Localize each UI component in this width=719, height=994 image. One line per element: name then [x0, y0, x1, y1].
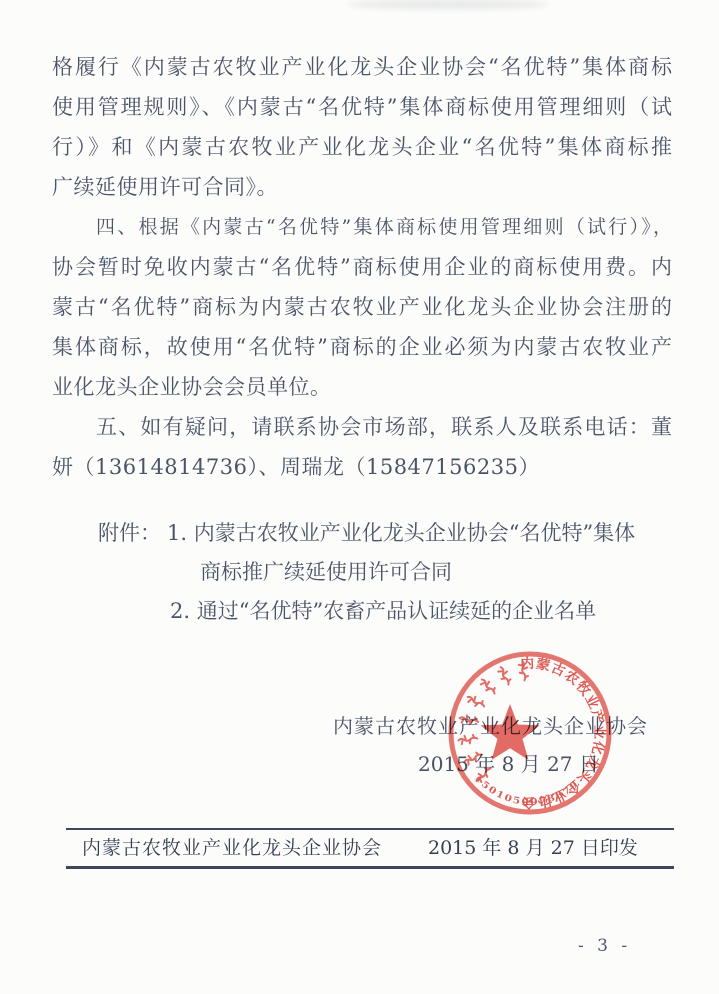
body-line: 行）》和《内蒙古农牧业产业化龙头企业“名优特”集体商标推 — [52, 127, 672, 167]
attachment-text: 1. 内蒙古农牧业产业化龙头企业协会“名优特”集体 — [167, 521, 635, 545]
attachments-label: 附件： — [98, 521, 161, 545]
seal-star-icon — [481, 704, 540, 760]
body-line: 协会暂时免收内蒙古“名优特”商标使用企业的商标使用费。内 — [52, 247, 672, 287]
seal-organization-text: 内蒙古农牧业产业化龙头企业协会 — [520, 655, 608, 811]
body-text: 格履行《内蒙古农牧业产业化龙头企业协会“名优特”集体商标 使用管理规则》、《内蒙… — [52, 47, 672, 487]
document-page: 格履行《内蒙古农牧业产业化龙头企业协会“名优特”集体商标 使用管理规则》、《内蒙… — [0, 0, 719, 994]
footer-rule-top — [66, 828, 674, 830]
body-line: 格履行《内蒙古农牧业产业化龙头企业协会“名优特”集体商标 — [52, 47, 672, 87]
attachment-item: 2. 通过“名优特”农畜产品认证续延的企业名单 — [98, 592, 658, 631]
attachment-item: 附件：1. 内蒙古农牧业产业化龙头企业协会“名优特”集体 — [98, 514, 658, 553]
footer-rule-bottom — [66, 866, 674, 869]
body-line: 四、根据《内蒙古“名优特”集体商标使用管理细则（试行）》， — [52, 207, 672, 247]
body-line: 业化龙头企业协会会员单位。 — [52, 367, 672, 407]
body-line: 妍（13614814736）、周瑞龙（15847156235） — [52, 447, 672, 487]
body-line: 使用管理规则》、《内蒙古“名优特”集体商标使用管理细则（试 — [52, 87, 672, 127]
seal-ring — [451, 654, 609, 812]
seal-mongolian-script-icon — [458, 661, 528, 784]
footer-print-date: 2015 年 8 月 27 日印发 — [428, 836, 638, 860]
body-line: 广续延使用许可合同》。 — [52, 167, 672, 207]
body-line: 蒙古“名优特”商标为内蒙古农牧业产业化龙头企业协会注册的 — [52, 287, 672, 327]
attachment-item-continuation: 商标推广续延使用许可合同 — [98, 553, 658, 592]
attachments-section: 附件：1. 内蒙古农牧业产业化龙头企业协会“名优特”集体 商标推广续延使用许可合… — [98, 514, 658, 631]
body-line: 五、如有疑问，请联系协会市场部，联系人及联系电话：董 — [52, 407, 672, 447]
page-number: - 3 - — [578, 936, 631, 956]
footer-issuer: 内蒙古农牧业产业化龙头企业协会 — [82, 836, 382, 860]
body-line: 集体商标，故使用“名优特”商标的企业必须为内蒙古农牧业产 — [52, 327, 672, 367]
official-seal: 内蒙古农牧业产业化龙头企业协会 1501050078879 — [440, 648, 620, 818]
scan-artifact — [348, 0, 548, 9]
